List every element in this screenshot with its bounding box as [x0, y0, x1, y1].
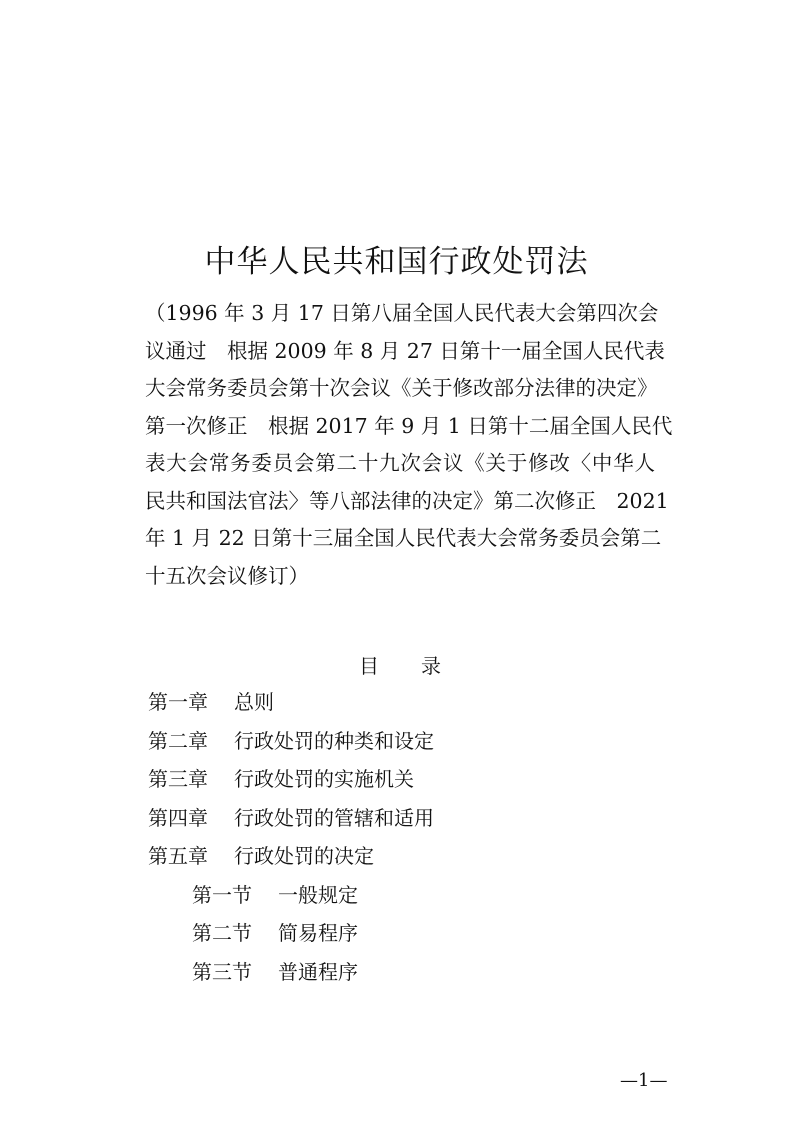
- toc-item-title: 行政处罚的种类和设定: [234, 729, 434, 753]
- legislative-history-note: （1996 年 3 月 17 日第八届全国人民代表大会第四次会 议通过 根据 2…: [145, 295, 655, 595]
- toc-item-title: 行政处罚的管辖和适用: [234, 806, 434, 830]
- toc-item-number: 第五章: [148, 837, 234, 876]
- toc-item-number: 第三节: [192, 953, 278, 992]
- preamble-line: 大会常务委员会第十次会议《关于修改部分法律的决定》: [145, 370, 655, 408]
- toc-chapter-4[interactable]: 第四章行政处罚的管辖和适用: [148, 799, 434, 838]
- preamble-line: 第一次修正 根据 2017 年 9 月 1 日第十二届全国人民代: [145, 408, 655, 446]
- toc-item-title: 总则: [234, 690, 274, 714]
- toc-chapter-3[interactable]: 第三章行政处罚的实施机关: [148, 760, 434, 799]
- document-title: 中华人民共和国行政处罚法: [0, 236, 793, 281]
- toc-item-title: 简易程序: [278, 921, 358, 945]
- toc-item-title: 行政处罚的实施机关: [234, 767, 414, 791]
- toc-chapter-2[interactable]: 第二章行政处罚的种类和设定: [148, 722, 434, 761]
- preamble-line: 十五次会议修订）: [145, 558, 655, 596]
- toc-section-3[interactable]: 第三节普通程序: [148, 953, 434, 992]
- toc-chapter-1[interactable]: 第一章总则: [148, 683, 434, 722]
- toc-item-title: 普通程序: [278, 960, 358, 984]
- toc-item-title: 一般规定: [278, 883, 358, 907]
- toc-section-2[interactable]: 第二节简易程序: [148, 914, 434, 953]
- toc-item-number: 第三章: [148, 760, 234, 799]
- preamble-line: 议通过 根据 2009 年 8 月 27 日第十一届全国人民代表: [145, 333, 655, 371]
- toc-heading-part: 录: [421, 650, 441, 679]
- table-of-contents: 第一章总则 第二章行政处罚的种类和设定 第三章行政处罚的实施机关 第四章行政处罚…: [148, 683, 434, 991]
- toc-item-number: 第二节: [192, 914, 278, 953]
- preamble-line: 表大会常务委员会第二十九次会议《关于修改〈中华人: [145, 445, 655, 483]
- toc-item-number: 第二章: [148, 722, 234, 761]
- toc-section-1[interactable]: 第一节一般规定: [148, 876, 434, 915]
- page-number: —1—: [620, 1070, 667, 1091]
- toc-heading-part: 目: [359, 650, 379, 679]
- preamble-line: 年 1 月 22 日第十三届全国人民代表大会常务委员会第二: [145, 520, 655, 558]
- toc-item-title: 行政处罚的决定: [234, 844, 374, 868]
- toc-item-number: 第一节: [192, 876, 278, 915]
- preamble-line: 民共和国法官法〉等八部法律的决定》第二次修正 2021: [145, 483, 655, 521]
- preamble-line: （1996 年 3 月 17 日第八届全国人民代表大会第四次会: [145, 295, 655, 333]
- toc-item-number: 第一章: [148, 683, 234, 722]
- toc-item-number: 第四章: [148, 799, 234, 838]
- toc-heading: 目录: [359, 650, 441, 679]
- toc-chapter-5[interactable]: 第五章行政处罚的决定: [148, 837, 434, 876]
